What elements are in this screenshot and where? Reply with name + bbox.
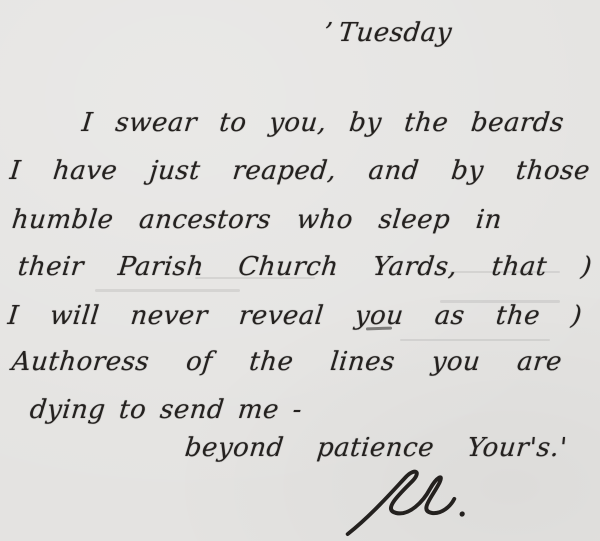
pencil-smudge bbox=[440, 300, 560, 303]
letter-paper: ’Tuesday I swear to you, by the beards I… bbox=[0, 0, 600, 541]
dateline: ’Tuesday bbox=[322, 14, 496, 52]
letter-line-1: I swear to you, by the beards bbox=[80, 104, 566, 142]
letter-line-4: their Parish Church Yards, that ) bbox=[16, 248, 594, 286]
dateline-mark: ’ bbox=[322, 18, 334, 48]
signature-flourish-icon bbox=[343, 466, 478, 538]
letter-line-3: humble ancestors who sleep in bbox=[10, 201, 504, 239]
pencil-smudge bbox=[195, 277, 315, 279]
letter-line-7: dying to send me - bbox=[28, 391, 304, 429]
letter-closing-line: beyond patience Your's.' bbox=[183, 429, 569, 467]
dateline-text: Tuesday bbox=[337, 18, 453, 48]
pencil-smudge bbox=[95, 289, 240, 292]
pencil-smudge bbox=[400, 339, 550, 341]
pencil-smudge bbox=[450, 271, 560, 273]
signature-initials bbox=[343, 466, 478, 538]
letter-line-2: I have just reaped, and by those bbox=[8, 152, 592, 190]
letter-line-6: Authoress of the lines you are bbox=[10, 343, 564, 381]
